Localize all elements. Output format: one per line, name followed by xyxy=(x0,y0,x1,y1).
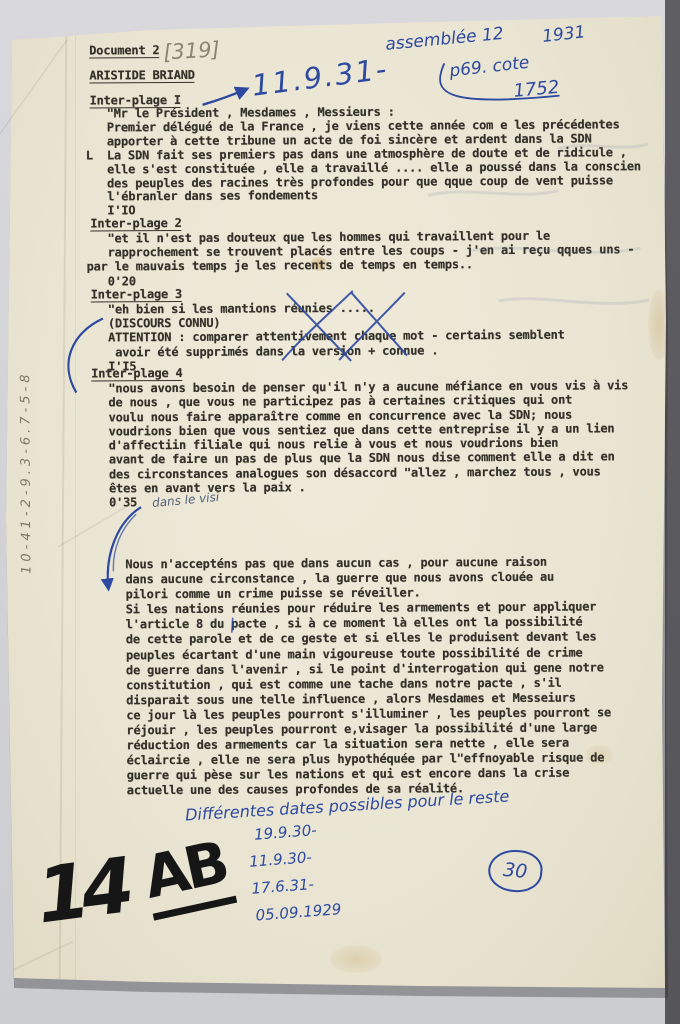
speaker-name: ARISTIDE BRIAND xyxy=(89,68,194,84)
pencil-reference-number: [319] xyxy=(163,37,221,64)
section-3-text: "eh bien si les mantions réunies ..... (… xyxy=(87,300,565,374)
handwritten-cote-number: 1752 xyxy=(513,77,561,102)
handwritten-date-option: 11.9.30- xyxy=(249,848,313,871)
document-label: Document 2 xyxy=(89,43,159,58)
speech-body-text: Nous n'accepténs pas que dans aucun cas … xyxy=(125,554,611,798)
margin-vertical-note: 10-41-2-9.3-6.7-5-8 xyxy=(10,254,34,574)
section-heading-4: Inter-plage 4 xyxy=(91,366,182,382)
handwritten-assembly-note: assemblée 12 xyxy=(385,24,505,55)
marker-code: 14 AB xyxy=(31,827,238,945)
section-1-text: "Mr le Président , Mesdames , Messieurs … xyxy=(86,104,642,219)
handwritten-cote-label: p69. cote xyxy=(448,53,530,82)
section-4-text: "nous avons besoin de penser qu'il n'y a… xyxy=(87,378,629,510)
section-2-text: "et il n'est pas douteux que les hommes … xyxy=(86,228,634,288)
typed-line: dans aucune circonstance , la guerre que… xyxy=(125,569,610,587)
arrow-to-date-icon xyxy=(202,89,247,105)
handwritten-date-option: 19.9.30- xyxy=(253,821,317,844)
section-heading-2: Inter-plage 2 xyxy=(90,216,181,232)
marker-initials: AB xyxy=(138,827,238,920)
typed-line: ATTENTION : comparer attentivement chaqu… xyxy=(87,328,565,345)
document-content: Document 2 ARISTIDE BRIAND [319] 11.9.31… xyxy=(0,0,680,1024)
photo-of-document: Document 2 ARISTIDE BRIAND [319] 11.9.31… xyxy=(0,0,680,1024)
marker-number: 14 xyxy=(33,840,129,942)
section-heading-3: Inter-plage 3 xyxy=(91,287,182,303)
handwritten-year: 1931 xyxy=(541,22,586,47)
circled-number: 30 xyxy=(486,847,544,894)
handwritten-date-option: 17.6.31- xyxy=(251,875,315,898)
handwritten-date-option: 05.09.1929 xyxy=(255,900,342,924)
handwritten-date: 11.9.31- xyxy=(250,51,390,102)
